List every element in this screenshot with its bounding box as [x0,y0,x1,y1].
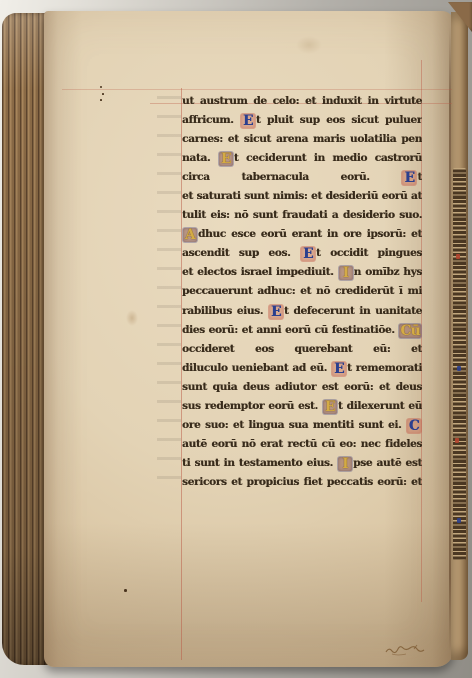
ink-dot [100,99,102,101]
line-text: sus redemptor eorū est. [182,400,322,412]
illuminated-initial: E [323,400,337,414]
manuscript-line: ascendit sup eos. Et occidit pingues eor… [182,244,422,263]
manuscript-line: peccauerunt adhuc: et nō crediderūt ī mi [182,282,422,301]
line-text: carnes: et sicut arena maris uolatilia p… [182,133,422,145]
facing-page-red-initial-speck [455,438,459,443]
illuminated-initial: E [402,171,416,185]
illuminated-initial: I [339,266,353,280]
line-text: t defecerunt in uanitate [284,305,422,317]
line-text: et electos israel impediuit. [182,266,338,278]
line-text: circa tabernacula eorū. [182,171,401,183]
line-text: t ceciderunt in medio castrorū [234,152,422,164]
manuscript-line: sunt quia deus adiutor est eorū: et deus… [182,378,422,397]
manuscript-photo: ut austrum de celo: et induxit in virtut… [0,0,472,678]
line-text: dies eorū: et anni eorū cū festinatiōe. [182,324,398,336]
line-text: et saturati sunt nimis: et desideriū eor… [182,190,422,202]
line-text: sunt quia deus adiutor est eorū: et deus… [182,381,422,397]
line-text: t pluit sup eos sicut puluer [256,114,422,126]
manuscript-line: nata. Et ceciderunt in medio castrorū [182,149,422,168]
left-page-stack-edge [2,13,50,665]
illuminated-initial: C [407,419,421,433]
manuscript-line: Adhuc esce eorū erant in ore ipsorū: et … [182,225,422,244]
manuscript-line: ut austrum de celo: et induxit in virtut… [182,92,422,111]
manuscript-line: circa tabernacula eorū. Et manducauerūt [182,168,422,187]
line-text: ore suo: et lingua sua mentiti sunt ei. [182,419,406,431]
illuminated-initial: E [219,152,233,166]
illuminated-initial: E [241,114,255,128]
line-text: t rememorati [347,362,422,374]
line-text: dhuc esce eorū erant in ore ipsorū: et i… [182,228,422,244]
line-text: n omībz hys [354,266,422,278]
line-text: autē eorū nō erat rectū cū eo: nec fidel… [182,438,422,454]
manuscript-line: diluculo ueniebant ad eū. Et rememorati [182,359,422,378]
ink-dot [124,589,127,592]
manuscript-line: ti sunt in testamento eius. Ipse autē es… [182,454,422,473]
line-text: rabilibus eius. [182,305,268,317]
illuminated-initial: A [183,228,197,242]
line-text: ut austrum de celo: et induxit in virtut… [182,95,422,111]
ink-show-through [157,96,181,494]
line-text: diluculo ueniebant ad eū. [182,362,331,374]
manuscript-line: rabilibus eius. Et defecerunt in uanitat… [182,302,422,321]
illuminated-initial: E [301,247,315,261]
line-text: tulit eis: nō sunt fraudati a desiderio … [182,209,422,221]
ruling-line-horizontal-upper [62,89,452,90]
ink-dot [102,93,104,95]
line-text: occideret eos querebant eū: et reuerteba… [182,343,422,359]
manuscript-line: sericors et propicius fiet peccatis eorū… [182,473,422,492]
manuscript-line: affricum. Et pluit sup eos sicut puluer [182,111,422,130]
manuscript-line: occideret eos querebant eū: et reuerteba… [182,340,422,359]
line-text: affricum. [182,114,240,126]
facing-page-text-strip [453,168,466,560]
illuminated-initial: I [338,457,352,471]
line-text: ascendit sup eos. [182,247,300,259]
text-block: ut austrum de celo: et induxit in virtut… [182,92,422,492]
illuminated-initial: Cū [399,324,421,338]
manuscript-line: tulit eis: nō sunt fraudati a desiderio … [182,206,422,225]
facing-page-blue-initial-speck [457,366,461,371]
manuscript-line: ore suo: et lingua sua mentiti sunt ei. … [182,416,422,435]
manuscript-line: autē eorū nō erat rectū cū eo: nec fidel… [182,435,422,454]
manuscript-line: et saturati sunt nimis: et desideriū eor… [182,187,422,206]
line-text: ti sunt in testamento eius. [182,457,337,469]
manuscript-line: sus redemptor eorū est. Et dilexerunt eū… [182,397,422,416]
manuscript-line: carnes: et sicut arena maris uolatilia p… [182,130,422,149]
illuminated-initial: E [269,305,283,319]
line-text: nata. [182,152,218,164]
line-text: peccauerunt adhuc: et nō crediderūt ī mi [182,285,422,297]
manuscript-line: dies eorū: et anni eorū cū festinatiōe. … [182,321,422,340]
marginal-inscription [384,640,426,658]
manuscript-line: et electos israel impediuit. In omībz hy… [182,263,422,282]
facing-page-blue-initial-speck [457,518,461,523]
line-text: sericors et propicius fiet peccatis eorū… [182,476,422,492]
facing-page-red-initial-speck [456,254,460,259]
illuminated-initial: E [332,362,346,376]
ink-dot [100,86,102,88]
